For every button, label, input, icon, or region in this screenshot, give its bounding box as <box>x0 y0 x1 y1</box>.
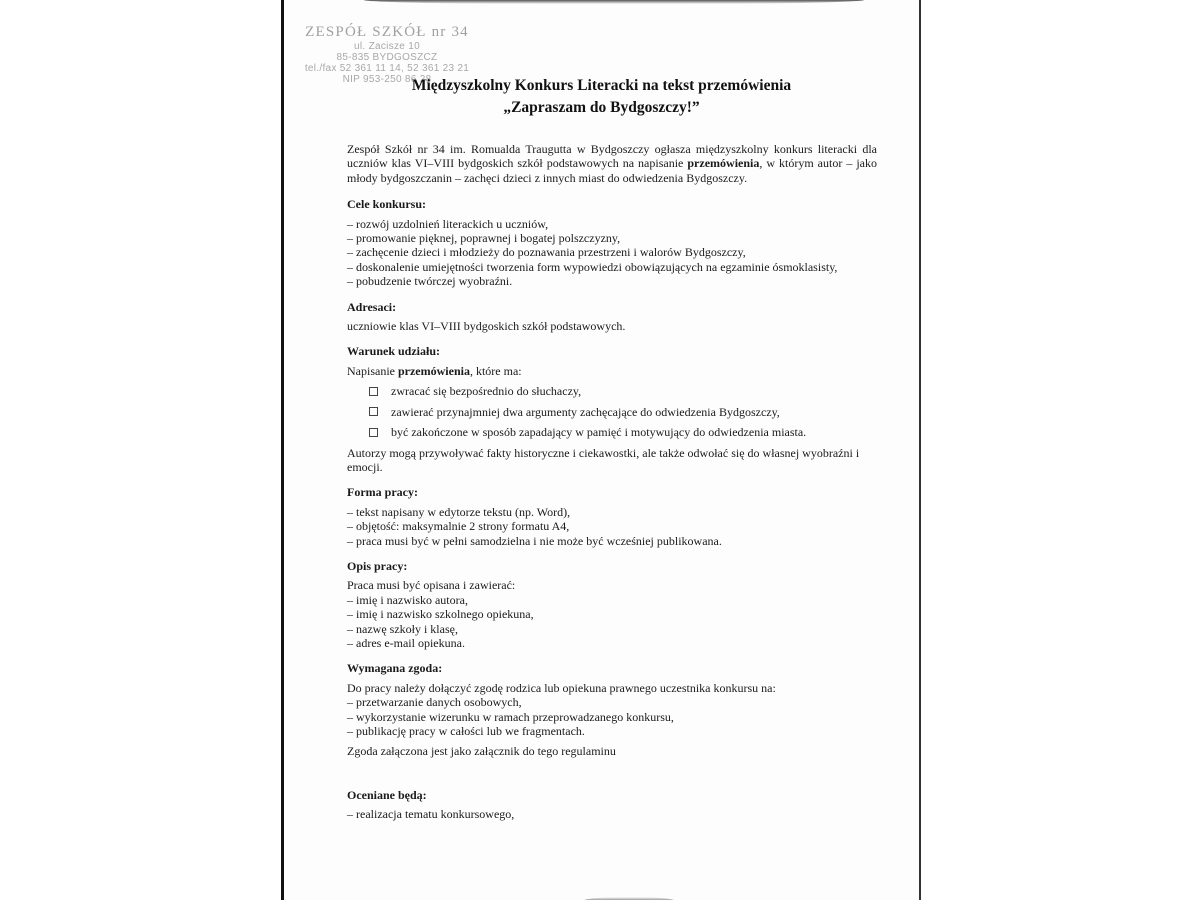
spacer <box>347 770 877 788</box>
section-intro: Praca musi być opisana i zawierać: <box>347 578 877 592</box>
section-intro: Napisanie przemówienia, które ma: <box>347 364 877 378</box>
intro-text: Napisanie <box>347 364 398 378</box>
intro-bold: przemówienia <box>398 364 470 378</box>
section-adresaci: Adresaci: uczniowie klas VI–VIII bydgosk… <box>347 300 877 334</box>
list-item: – imię i nazwisko autora, <box>347 593 877 607</box>
list-item: – przetwarzanie danych osobowych, <box>347 695 877 709</box>
checkbox-icon <box>369 407 378 416</box>
section-forma: Forma pracy: – tekst napisany w edytorze… <box>347 485 877 548</box>
checklist-item: zawierać przynajmniej dwa argumenty zach… <box>369 405 877 419</box>
list-item: – nazwę szkoły i klasę, <box>347 622 877 636</box>
stamp-phone: tel./fax 52 361 11 14, 52 361 23 21 <box>302 63 472 74</box>
checklist-item: zwracać się bezpośrednio do słuchaczy, <box>369 384 877 398</box>
list-item: – zachęcenie dzieci i młodzieży do pozna… <box>347 245 877 259</box>
section-cele: Cele konkursu: – rozwój uzdolnień litera… <box>347 197 877 288</box>
section-oceniane: Oceniane będą: – realizacja tematu konku… <box>347 788 877 822</box>
list-item: – objętość: maksymalnie 2 strony formatu… <box>347 519 877 533</box>
list-item: – pobudzenie twórczej wyobraźni. <box>347 274 877 288</box>
intro-bold: przemówienia <box>687 156 759 170</box>
list-item: – tekst napisany w edytorze tekstu (np. … <box>347 505 877 519</box>
list-item: – rozwój uzdolnień literackich u uczniów… <box>347 217 877 231</box>
section-heading: Oceniane będą: <box>347 788 877 802</box>
checklist-text: zwracać się bezpośrednio do słuchaczy, <box>391 384 581 398</box>
scan-shadow-top <box>364 0 864 4</box>
checkbox-icon <box>369 387 378 396</box>
requirements-checklist: zwracać się bezpośrednio do słuchaczy, z… <box>347 384 877 439</box>
stamp-city: 85-835 BYDGOSZCZ <box>302 52 472 63</box>
checklist-text: zawierać przynajmniej dwa argumenty zach… <box>391 405 780 419</box>
section-heading: Adresaci: <box>347 300 877 314</box>
list-item: – realizacja tematu konkursowego, <box>347 807 877 821</box>
checkbox-icon <box>369 428 378 437</box>
section-note: Zgoda załączona jest jako załącznik do t… <box>347 744 877 758</box>
section-opis: Opis pracy: Praca musi być opisana i zaw… <box>347 559 877 650</box>
scanned-document-page: ZESPÓŁ SZKÓŁ nr 34 ul. Zacisze 10 85-835… <box>281 0 921 900</box>
checklist-text: być zakończone w sposób zapadający w pam… <box>391 425 806 439</box>
title-line-1: Międzyszkolny Konkurs Literacki na tekst… <box>284 75 919 97</box>
list-item: – doskonalenie umiejętności tworzenia fo… <box>347 260 877 274</box>
section-text: uczniowie klas VI–VIII bydgoskich szkół … <box>347 319 877 333</box>
section-heading: Cele konkursu: <box>347 197 877 211</box>
section-warunek: Warunek udziału: Napisanie przemówienia,… <box>347 344 877 474</box>
document-body: Zespół Szkół nr 34 im. Romualda Traugutt… <box>347 142 877 833</box>
list-item: – adres e-mail opiekuna. <box>347 636 877 650</box>
checklist-item: być zakończone w sposób zapadający w pam… <box>369 425 877 439</box>
list-item: – imię i nazwisko szkolnego opiekuna, <box>347 607 877 621</box>
list-item: – publikację pracy w całości lub we frag… <box>347 724 877 738</box>
stamp-street: ul. Zacisze 10 <box>302 41 472 52</box>
document-title: Międzyszkolny Konkurs Literacki na tekst… <box>284 75 919 119</box>
section-heading: Opis pracy: <box>347 559 877 573</box>
title-line-2: „Zapraszam do Bydgoszczy!” <box>284 97 919 119</box>
intro-text-end: , które ma: <box>470 364 522 378</box>
intro-paragraph: Zespół Szkół nr 34 im. Romualda Traugutt… <box>347 142 877 185</box>
section-zgoda: Wymagana zgoda: Do pracy należy dołączyć… <box>347 661 877 758</box>
list-item: – wykorzystanie wizerunku w ramach przep… <box>347 710 877 724</box>
stamp-school-name: ZESPÓŁ SZKÓŁ nr 34 <box>302 24 472 41</box>
list-item: – promowanie pięknej, poprawnej i bogate… <box>347 231 877 245</box>
section-heading: Wymagana zgoda: <box>347 661 877 675</box>
section-intro: Do pracy należy dołączyć zgodę rodzica l… <box>347 681 877 695</box>
section-heading: Forma pracy: <box>347 485 877 499</box>
section-note: Autorzy mogą przywoływać fakty historycz… <box>347 446 877 475</box>
list-item: – praca musi być w pełni samodzielna i n… <box>347 534 877 548</box>
section-heading: Warunek udziału: <box>347 344 877 358</box>
